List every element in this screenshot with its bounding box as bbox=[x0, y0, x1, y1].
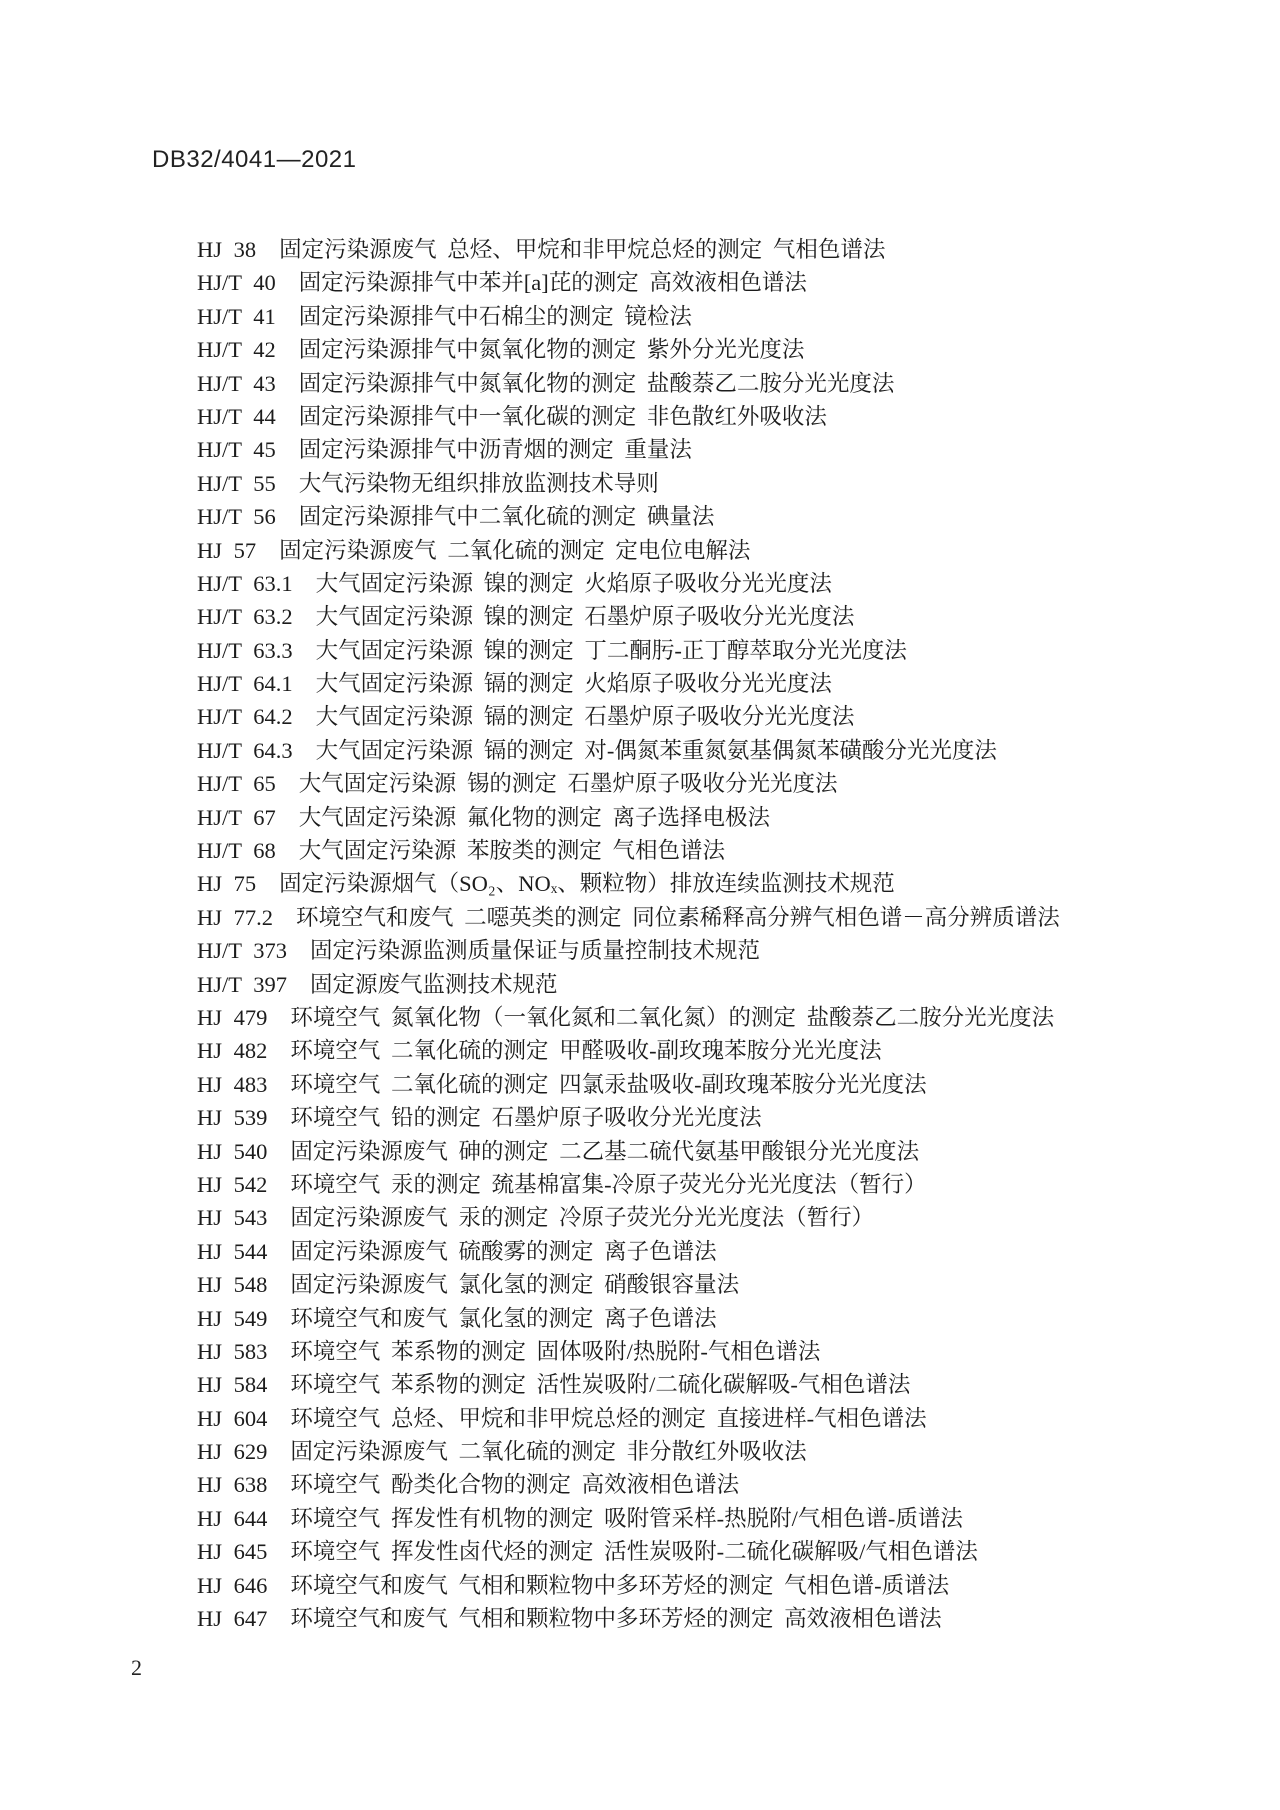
ref-code: HJ/T 373 bbox=[197, 934, 287, 967]
ref-title: 环境空气和废气 气相和颗粒物中多环芳烃的测定 气相色谱-质谱法 bbox=[290, 1573, 949, 1598]
ref-title: 固定污染源排气中氮氧化物的测定 紫外分光光度法 bbox=[299, 337, 805, 362]
ref-title: 固定污染源排气中氮氧化物的测定 盐酸萘乙二胺分光光度法 bbox=[299, 371, 895, 396]
reference-line: HJ 604环境空气 总烃、甲烷和非甲烷总烃的测定 直接进样-气相色谱法 bbox=[197, 1402, 1240, 1435]
reference-line: HJ/T 63.2大气固定污染源 镍的测定 石墨炉原子吸收分光光度法 bbox=[197, 600, 1240, 633]
reference-line: HJ/T 45固定污染源排气中沥青烟的测定 重量法 bbox=[197, 433, 1240, 466]
ref-code: HJ 543 bbox=[197, 1201, 267, 1234]
ref-title: 环境空气 挥发性有机物的测定 吸附管采样-热脱附/气相色谱-质谱法 bbox=[290, 1506, 963, 1531]
ref-title: 大气固定污染源 锡的测定 石墨炉原子吸收分光光度法 bbox=[299, 771, 838, 796]
reference-line: HJ/T 42固定污染源排气中氮氧化物的测定 紫外分光光度法 bbox=[197, 333, 1240, 366]
ref-title: 固定污染源排气中二氧化硫的测定 碘量法 bbox=[299, 504, 715, 529]
ref-code: HJ 645 bbox=[197, 1535, 267, 1568]
reference-line: HJ/T 63.3大气固定污染源 镍的测定 丁二酮肟-正丁醇萃取分光光度法 bbox=[197, 634, 1240, 667]
ref-code: HJ 479 bbox=[197, 1001, 267, 1034]
ref-code: HJ/T 40 bbox=[197, 266, 276, 299]
ref-code: HJ 482 bbox=[197, 1034, 267, 1067]
reference-line: HJ 638环境空气 酚类化合物的测定 高效液相色谱法 bbox=[197, 1468, 1240, 1501]
reference-line: HJ/T 64.1大气固定污染源 镉的测定 火焰原子吸收分光光度法 bbox=[197, 667, 1240, 700]
ref-title: 固定污染源废气 硫酸雾的测定 离子色谱法 bbox=[290, 1239, 716, 1264]
ref-title: 固定污染源排气中苯并[a]芘的测定 高效液相色谱法 bbox=[299, 270, 807, 295]
reference-line: HJ 548固定污染源废气 氯化氢的测定 硝酸银容量法 bbox=[197, 1268, 1240, 1301]
reference-line: HJ/T 55大气污染物无组织排放监测技术导则 bbox=[197, 467, 1240, 500]
ref-code: HJ 77.2 bbox=[197, 901, 273, 934]
ref-code: HJ 638 bbox=[197, 1468, 267, 1501]
reference-line: HJ 479环境空气 氮氧化物（一氧化氮和二氧化氮）的测定 盐酸萘乙二胺分光光度… bbox=[197, 1001, 1240, 1034]
ref-title: 固定污染源烟气（SO₂、NOₓ、颗粒物）排放连续监测技术规范 bbox=[279, 871, 895, 896]
reference-line: HJ 629固定污染源废气 二氧化硫的测定 非分散红外吸收法 bbox=[197, 1435, 1240, 1468]
reference-line: HJ 645环境空气 挥发性卤代烃的测定 活性炭吸附-二硫化碳解吸/气相色谱法 bbox=[197, 1535, 1240, 1568]
ref-title: 大气污染物无组织排放监测技术导则 bbox=[299, 471, 659, 496]
reference-line: HJ 483环境空气 二氧化硫的测定 四氯汞盐吸收-副玫瑰苯胺分光光度法 bbox=[197, 1068, 1240, 1101]
ref-title: 固定污染源排气中石棉尘的测定 镜检法 bbox=[299, 304, 692, 329]
ref-code: HJ/T 43 bbox=[197, 367, 276, 400]
reference-line: HJ/T 65大气固定污染源 锡的测定 石墨炉原子吸收分光光度法 bbox=[197, 767, 1240, 800]
ref-title: 固定污染源监测质量保证与质量控制技术规范 bbox=[310, 938, 760, 963]
ref-title: 环境空气 酚类化合物的测定 高效液相色谱法 bbox=[290, 1472, 739, 1497]
ref-code: HJ/T 42 bbox=[197, 333, 276, 366]
ref-code: HJ 539 bbox=[197, 1101, 267, 1134]
ref-title: 环境空气 二氧化硫的测定 四氯汞盐吸收-副玫瑰苯胺分光光度法 bbox=[290, 1072, 926, 1097]
ref-code: HJ 647 bbox=[197, 1602, 267, 1635]
reference-line: HJ 77.2环境空气和废气 二噁英类的测定 同位素稀释高分辨气相色谱－高分辨质… bbox=[197, 901, 1240, 934]
reference-line: HJ 539环境空气 铅的测定 石墨炉原子吸收分光光度法 bbox=[197, 1101, 1240, 1134]
ref-title: 大气固定污染源 镉的测定 对-偶氮苯重氮氨基偶氮苯磺酸分光光度法 bbox=[316, 738, 997, 763]
ref-code: HJ 584 bbox=[197, 1368, 267, 1401]
reference-line: HJ/T 64.3大气固定污染源 镉的测定 对-偶氮苯重氮氨基偶氮苯磺酸分光光度… bbox=[197, 734, 1240, 767]
ref-title: 大气固定污染源 镉的测定 火焰原子吸收分光光度法 bbox=[316, 671, 832, 696]
ref-code: HJ/T 64.2 bbox=[197, 700, 293, 733]
ref-title: 固定污染源废气 汞的测定 冷原子荧光分光光度法（暂行） bbox=[290, 1205, 874, 1230]
ref-code: HJ/T 63.3 bbox=[197, 634, 293, 667]
reference-line: HJ 482环境空气 二氧化硫的测定 甲醛吸收-副玫瑰苯胺分光光度法 bbox=[197, 1034, 1240, 1067]
reference-line: HJ 583环境空气 苯系物的测定 固体吸附/热脱附-气相色谱法 bbox=[197, 1335, 1240, 1368]
ref-title: 环境空气 苯系物的测定 固体吸附/热脱附-气相色谱法 bbox=[290, 1339, 820, 1364]
ref-title: 环境空气 铅的测定 石墨炉原子吸收分光光度法 bbox=[290, 1105, 761, 1130]
ref-code: HJ/T 64.3 bbox=[197, 734, 293, 767]
ref-title: 固定污染源排气中沥青烟的测定 重量法 bbox=[299, 437, 692, 462]
reference-line: HJ 584环境空气 苯系物的测定 活性炭吸附/二硫化碳解吸-气相色谱法 bbox=[197, 1368, 1240, 1401]
reference-line: HJ/T 43固定污染源排气中氮氧化物的测定 盐酸萘乙二胺分光光度法 bbox=[197, 367, 1240, 400]
ref-title: 环境空气 二氧化硫的测定 甲醛吸收-副玫瑰苯胺分光光度法 bbox=[290, 1038, 881, 1063]
ref-code: HJ 644 bbox=[197, 1502, 267, 1535]
ref-code: HJ/T 67 bbox=[197, 801, 276, 834]
reference-line: HJ/T 397固定源废气监测技术规范 bbox=[197, 968, 1240, 1001]
ref-title: 大气固定污染源 镉的测定 石墨炉原子吸收分光光度法 bbox=[316, 704, 855, 729]
reference-line: HJ 544固定污染源废气 硫酸雾的测定 离子色谱法 bbox=[197, 1235, 1240, 1268]
ref-title: 固定污染源废气 氯化氢的测定 硝酸银容量法 bbox=[290, 1272, 739, 1297]
ref-code: HJ/T 63.1 bbox=[197, 567, 293, 600]
ref-title: 固定污染源废气 二氧化硫的测定 非分散红外吸收法 bbox=[290, 1439, 806, 1464]
reference-line: HJ 38固定污染源废气 总烃、甲烷和非甲烷总烃的测定 气相色谱法 bbox=[197, 233, 1240, 266]
reference-line: HJ 540固定污染源废气 砷的测定 二乙基二硫代氨基甲酸银分光光度法 bbox=[197, 1135, 1240, 1168]
ref-code: HJ/T 55 bbox=[197, 467, 276, 500]
reference-line: HJ/T 63.1大气固定污染源 镍的测定 火焰原子吸收分光光度法 bbox=[197, 567, 1240, 600]
ref-code: HJ/T 56 bbox=[197, 500, 276, 533]
ref-title: 大气固定污染源 镍的测定 丁二酮肟-正丁醇萃取分光光度法 bbox=[316, 638, 907, 663]
ref-code: HJ 583 bbox=[197, 1335, 267, 1368]
ref-code: HJ 540 bbox=[197, 1135, 267, 1168]
ref-title: 大气固定污染源 苯胺类的测定 气相色谱法 bbox=[299, 838, 725, 863]
references-list: HJ 38固定污染源废气 总烃、甲烷和非甲烷总烃的测定 气相色谱法 HJ/T 4… bbox=[197, 233, 1240, 1635]
ref-code: HJ 548 bbox=[197, 1268, 267, 1301]
ref-code: HJ 57 bbox=[197, 534, 256, 567]
ref-title: 大气固定污染源 镍的测定 火焰原子吸收分光光度法 bbox=[316, 571, 832, 596]
ref-title: 环境空气 总烃、甲烷和非甲烷总烃的测定 直接进样-气相色谱法 bbox=[290, 1406, 926, 1431]
ref-title: 固定污染源废气 二氧化硫的测定 定电位电解法 bbox=[279, 538, 750, 563]
ref-title: 环境空气 氮氧化物（一氧化氮和二氧化氮）的测定 盐酸萘乙二胺分光光度法 bbox=[290, 1005, 1054, 1030]
reference-line: HJ 644环境空气 挥发性有机物的测定 吸附管采样-热脱附/气相色谱-质谱法 bbox=[197, 1502, 1240, 1535]
ref-title: 固定污染源废气 砷的测定 二乙基二硫代氨基甲酸银分光光度法 bbox=[290, 1139, 919, 1164]
reference-line: HJ 57固定污染源废气 二氧化硫的测定 定电位电解法 bbox=[197, 534, 1240, 567]
ref-title: 环境空气和废气 二噁英类的测定 同位素稀释高分辨气相色谱－高分辨质谱法 bbox=[296, 905, 1060, 930]
ref-code: HJ 646 bbox=[197, 1569, 267, 1602]
ref-code: HJ/T 65 bbox=[197, 767, 276, 800]
ref-code: HJ 549 bbox=[197, 1302, 267, 1335]
reference-line: HJ 543固定污染源废气 汞的测定 冷原子荧光分光光度法（暂行） bbox=[197, 1201, 1240, 1234]
ref-code: HJ/T 41 bbox=[197, 300, 276, 333]
ref-code: HJ 544 bbox=[197, 1235, 267, 1268]
ref-title: 环境空气和废气 气相和颗粒物中多环芳烃的测定 高效液相色谱法 bbox=[290, 1606, 941, 1631]
document-page: DB32/4041—2021 HJ 38固定污染源废气 总烃、甲烷和非甲烷总烃的… bbox=[0, 0, 1280, 1810]
page-number: 2 bbox=[131, 1655, 142, 1681]
ref-code: HJ/T 63.2 bbox=[197, 600, 293, 633]
ref-title: 固定污染源排气中一氧化碳的测定 非色散红外吸收法 bbox=[299, 404, 827, 429]
ref-title: 大气固定污染源 镍的测定 石墨炉原子吸收分光光度法 bbox=[316, 604, 855, 629]
ref-code: HJ 542 bbox=[197, 1168, 267, 1201]
ref-code: HJ 75 bbox=[197, 867, 256, 900]
ref-code: HJ/T 64.1 bbox=[197, 667, 293, 700]
reference-line: HJ/T 64.2大气固定污染源 镉的测定 石墨炉原子吸收分光光度法 bbox=[197, 700, 1240, 733]
reference-line: HJ/T 67大气固定污染源 氟化物的测定 离子选择电极法 bbox=[197, 801, 1240, 834]
reference-line: HJ 542环境空气 汞的测定 巯基棉富集-冷原子荧光分光光度法（暂行） bbox=[197, 1168, 1240, 1201]
ref-code: HJ 38 bbox=[197, 233, 256, 266]
reference-line: HJ 549环境空气和废气 氯化氢的测定 离子色谱法 bbox=[197, 1302, 1240, 1335]
reference-line: HJ 647环境空气和废气 气相和颗粒物中多环芳烃的测定 高效液相色谱法 bbox=[197, 1602, 1240, 1635]
ref-title: 大气固定污染源 氟化物的测定 离子选择电极法 bbox=[299, 805, 770, 830]
ref-title: 固定源废气监测技术规范 bbox=[310, 972, 558, 997]
ref-code: HJ 483 bbox=[197, 1068, 267, 1101]
reference-line: HJ/T 56固定污染源排气中二氧化硫的测定 碘量法 bbox=[197, 500, 1240, 533]
ref-title: 环境空气 苯系物的测定 活性炭吸附/二硫化碳解吸-气相色谱法 bbox=[290, 1372, 910, 1397]
ref-code: HJ/T 44 bbox=[197, 400, 276, 433]
reference-line: HJ 646环境空气和废气 气相和颗粒物中多环芳烃的测定 气相色谱-质谱法 bbox=[197, 1569, 1240, 1602]
ref-code: HJ 604 bbox=[197, 1402, 267, 1435]
ref-title: 环境空气 挥发性卤代烃的测定 活性炭吸附-二硫化碳解吸/气相色谱法 bbox=[290, 1539, 978, 1564]
doc-number: DB32/4041—2021 bbox=[152, 146, 356, 174]
ref-title: 环境空气和废气 氯化氢的测定 离子色谱法 bbox=[290, 1306, 716, 1331]
ref-title: 环境空气 汞的测定 巯基棉富集-冷原子荧光分光光度法（暂行） bbox=[290, 1172, 926, 1197]
ref-code: HJ/T 68 bbox=[197, 834, 276, 867]
reference-line: HJ/T 68大气固定污染源 苯胺类的测定 气相色谱法 bbox=[197, 834, 1240, 867]
ref-title: 固定污染源废气 总烃、甲烷和非甲烷总烃的测定 气相色谱法 bbox=[279, 237, 885, 262]
reference-line: HJ/T 373固定污染源监测质量保证与质量控制技术规范 bbox=[197, 934, 1240, 967]
reference-line: HJ/T 44固定污染源排气中一氧化碳的测定 非色散红外吸收法 bbox=[197, 400, 1240, 433]
ref-code: HJ/T 397 bbox=[197, 968, 287, 1001]
reference-line: HJ 75固定污染源烟气（SO₂、NOₓ、颗粒物）排放连续监测技术规范 bbox=[197, 867, 1240, 900]
ref-code: HJ 629 bbox=[197, 1435, 267, 1468]
reference-line: HJ/T 41固定污染源排气中石棉尘的测定 镜检法 bbox=[197, 300, 1240, 333]
reference-line: HJ/T 40固定污染源排气中苯并[a]芘的测定 高效液相色谱法 bbox=[197, 266, 1240, 299]
ref-code: HJ/T 45 bbox=[197, 433, 276, 466]
